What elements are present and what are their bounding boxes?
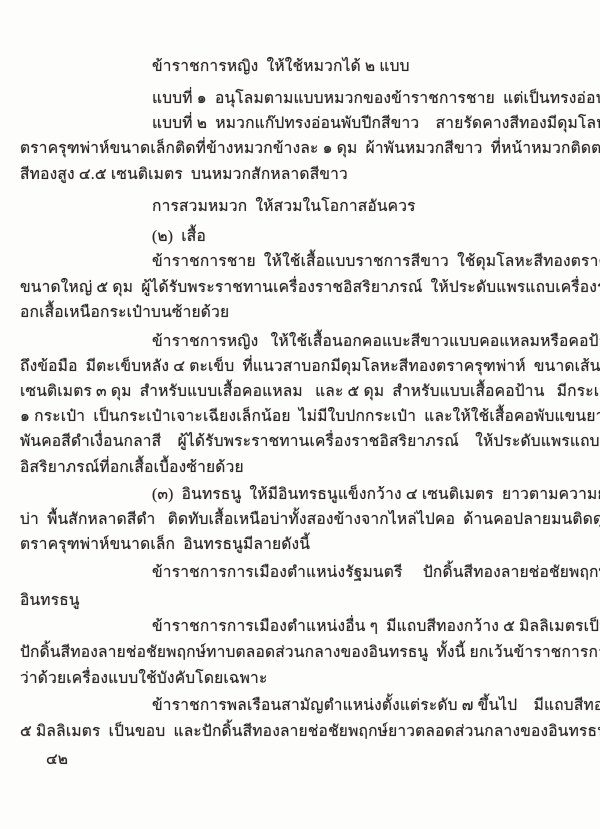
- text-line: แบบที่ ๒ หมวกแก๊ปทรงอ่อนพับปีกสีขาว สายร…: [152, 112, 600, 136]
- text-line: พันคอสีดำเงื่อนกลาสี ผู้ได้รับพระราชทานเ…: [20, 430, 600, 454]
- text-line: ข้าราชการชาย ให้ใช้เสื้อแบบราชการสีขาว ใ…: [152, 250, 600, 274]
- text-line: ข้าราชการหญิง ให้ใช้หมวกได้ ๒ แบบ: [152, 55, 410, 79]
- text-line: การสวมหมวก ให้สวมในโอกาสอันควร: [152, 195, 416, 219]
- text-line: อกเสื้อเหนือกระเป๋าบนซ้ายด้วย: [20, 301, 229, 325]
- text-line: ตราครุฑพ่าห์ขนาดเล็กติดที่ข้างหมวกข้างละ…: [20, 137, 600, 161]
- text-line: สีทองสูง ๔.๕ เซนติเมตร บนหมวกสักหลาดสีขา…: [20, 163, 348, 187]
- text-line: ถึงข้อมือ มีตะเข็บหลัง ๔ ตะเข็บ ที่แนวสา…: [20, 355, 600, 379]
- text-line: อินทรธนู: [20, 589, 80, 613]
- text-line: ๑ กระเป๋า เป็นกระเป๋าเจาะเฉียงเล็กน้อย ไ…: [20, 405, 600, 429]
- page-number: ๔๒: [46, 746, 68, 771]
- text-line: แบบที่ ๑ อนุโลมตามแบบหมวกของข้าราชการชาย…: [152, 87, 600, 111]
- text-line: ข้าราชการการเมืองตำแหน่งอื่น ๆ มีแถบสีทอ…: [152, 615, 600, 639]
- text-line: ข้าราชการหญิง ให้ใช้เสื้อนอกคอแบะสีขาวแบ…: [152, 330, 600, 354]
- text-line: เซนติเมตร ๓ ดุม สำหรับแบบเสื้อคอแหลม และ…: [20, 380, 600, 404]
- text-line: ปักดิ้นสีทองลายช่อชัยพฤกษ์ทาบตลอดส่วนกลา…: [20, 641, 600, 665]
- text-line: ตราครุฑพ่าห์ขนาดเล็ก อินทรธนูมีลายดังนี้: [20, 533, 310, 557]
- text-line: ข้าราชการการเมืองตำแหน่งรัฐมนตรี ปักดิ้น…: [152, 561, 600, 585]
- text-line: ขนาดใหญ่ ๕ ดุม ผู้ได้รับพระราชทานเครื่อง…: [20, 276, 600, 300]
- text-line: ๕ มิลลิเมตร เป็นขอบ และปักดิ้นสีทองลายช่…: [20, 720, 600, 744]
- text-line: (๒) เสื้อ: [152, 225, 206, 249]
- text-line: บ่า พื้นสักหลาดสีดำ ติดทับเสื้อเหนือบ่าท…: [20, 508, 600, 532]
- text-line: (๓) อินทรธนู ให้มีอินทรธนูแข็งกว้าง ๔ เซ…: [152, 483, 600, 507]
- text-line: ข้าราชการพลเรือนสามัญตำแหน่งตั้งแต่ระดับ…: [152, 694, 600, 718]
- scanned-page: ข้าราชการหญิง ให้ใช้หมวกได้ ๒ แบบ แบบที่…: [0, 0, 600, 829]
- text-line: ว่าด้วยเครื่องแบบใช้บังคับโดยเฉพาะ: [20, 667, 267, 691]
- text-line: อิสริยาภรณ์ที่อกเสื้อเบื้องซ้ายด้วย: [20, 456, 244, 480]
